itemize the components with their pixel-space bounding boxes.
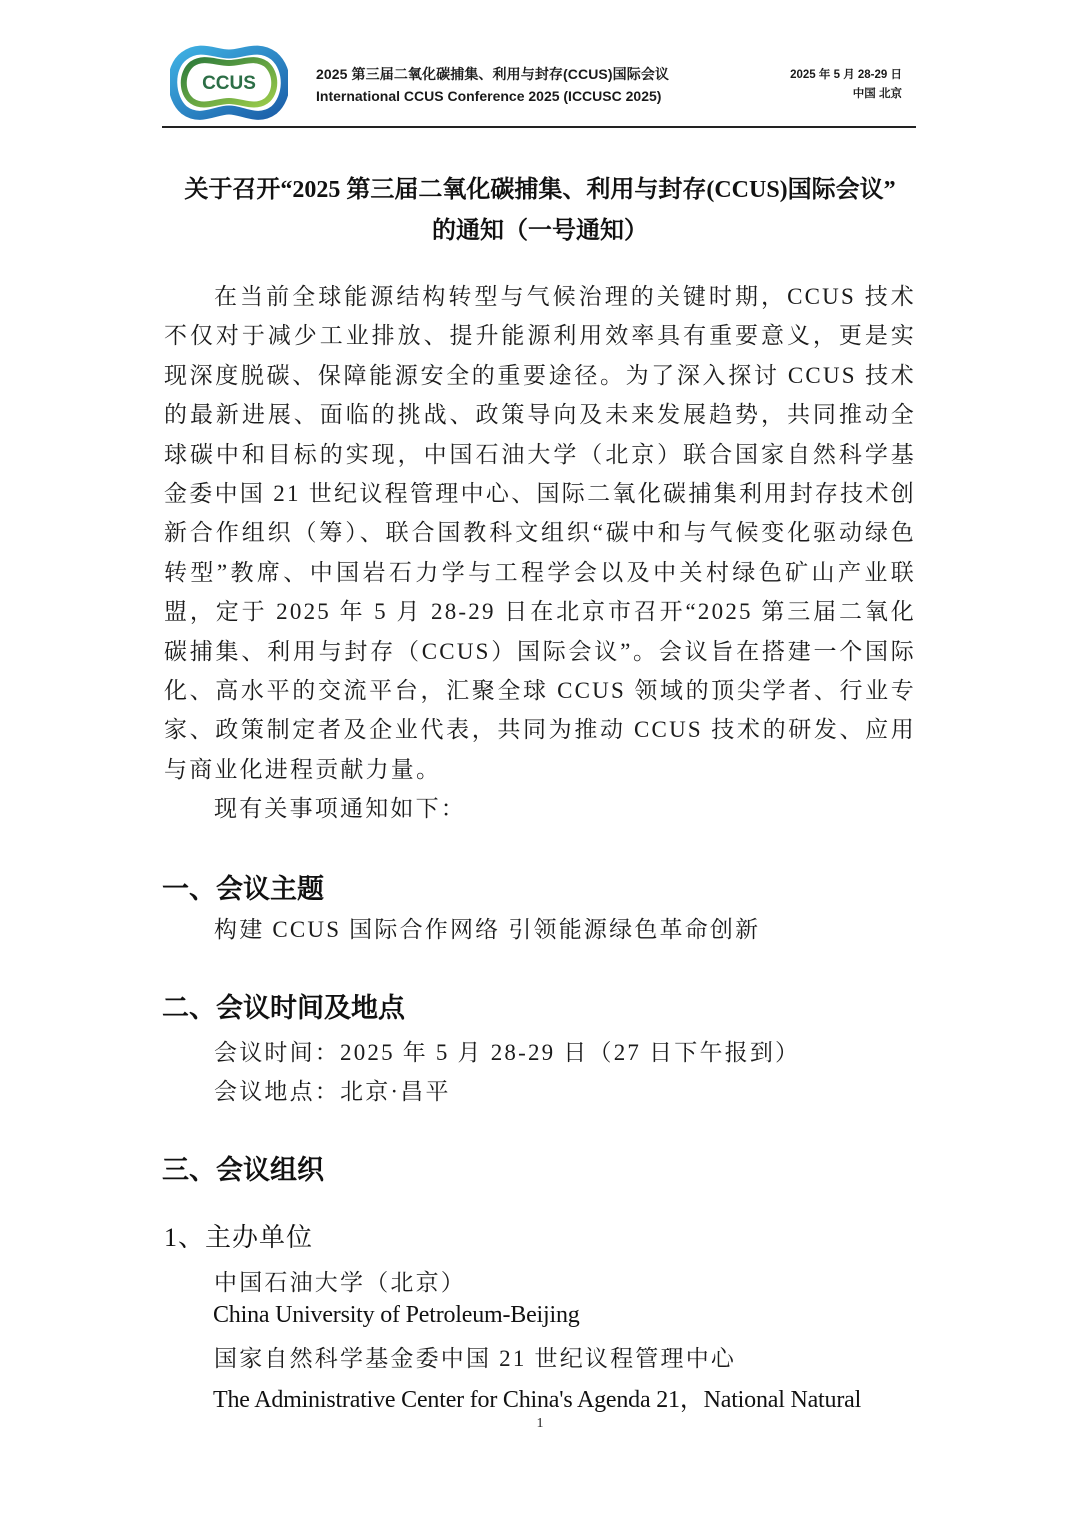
conference-title-en: International CCUS Conference 2025 (ICCU… (316, 88, 661, 104)
section-heading-time-place: 二、会议时间及地点 (162, 986, 405, 1025)
section-heading-organization: 三、会议组织 (162, 1148, 324, 1187)
theme-text: 构建 CCUS 国际合作网络 引领能源绿色革命创新 (214, 911, 760, 944)
page-number: 1 (0, 1416, 1080, 1432)
host-cn-1: 中国石油大学（北京） (214, 1264, 466, 1297)
document-title-line-1: 关于召开“2025 第三届二氧化碳捕集、利用与封存(CCUS)国际会议” (162, 170, 918, 211)
document-title-line-2: 的通知（一号通知） (162, 211, 918, 252)
meeting-time: 会议时间：2025 年 5 月 28-29 日（27 日下午报到） (214, 1034, 800, 1067)
subsection-heading-hosts: 1、主办单位 (164, 1217, 313, 1254)
host-cn-2: 国家自然科学基金委中国 21 世纪议程管理中心 (214, 1340, 736, 1373)
meeting-place: 会议地点：北京·昌平 (214, 1073, 451, 1106)
document-header: CCUS 2025 第三届二氧化碳捕集、利用与封存(CCUS)国际会议 Inte… (162, 42, 916, 127)
document-title: 关于召开“2025 第三届二氧化碳捕集、利用与封存(CCUS)国际会议” 的通知… (162, 170, 918, 252)
intro-paragraph: 在当前全球能源结构转型与气候治理的关键时期，CCUS 技术不仅对于减少工业排放、… (164, 277, 916, 789)
intro-block: 在当前全球能源结构转型与气候治理的关键时期，CCUS 技术不仅对于减少工业排放、… (164, 277, 916, 829)
host-en-1: China University of Petroleum-Beijing (213, 1302, 580, 1329)
header-divider (162, 126, 916, 128)
ccus-logo-icon: CCUS (170, 44, 288, 120)
section-heading-theme: 一、会议主题 (162, 867, 324, 906)
conference-date: 2025 年 5 月 28-29 日 (790, 66, 902, 82)
notice-lead: 现有关事项通知如下： (164, 789, 916, 828)
conference-title-cn: 2025 第三届二氧化碳捕集、利用与封存(CCUS)国际会议 (316, 64, 669, 84)
svg-text:CCUS: CCUS (202, 73, 256, 94)
host-en-2: The Administrative Center for China's Ag… (213, 1379, 861, 1414)
conference-place: 中国 北京 (853, 85, 902, 101)
